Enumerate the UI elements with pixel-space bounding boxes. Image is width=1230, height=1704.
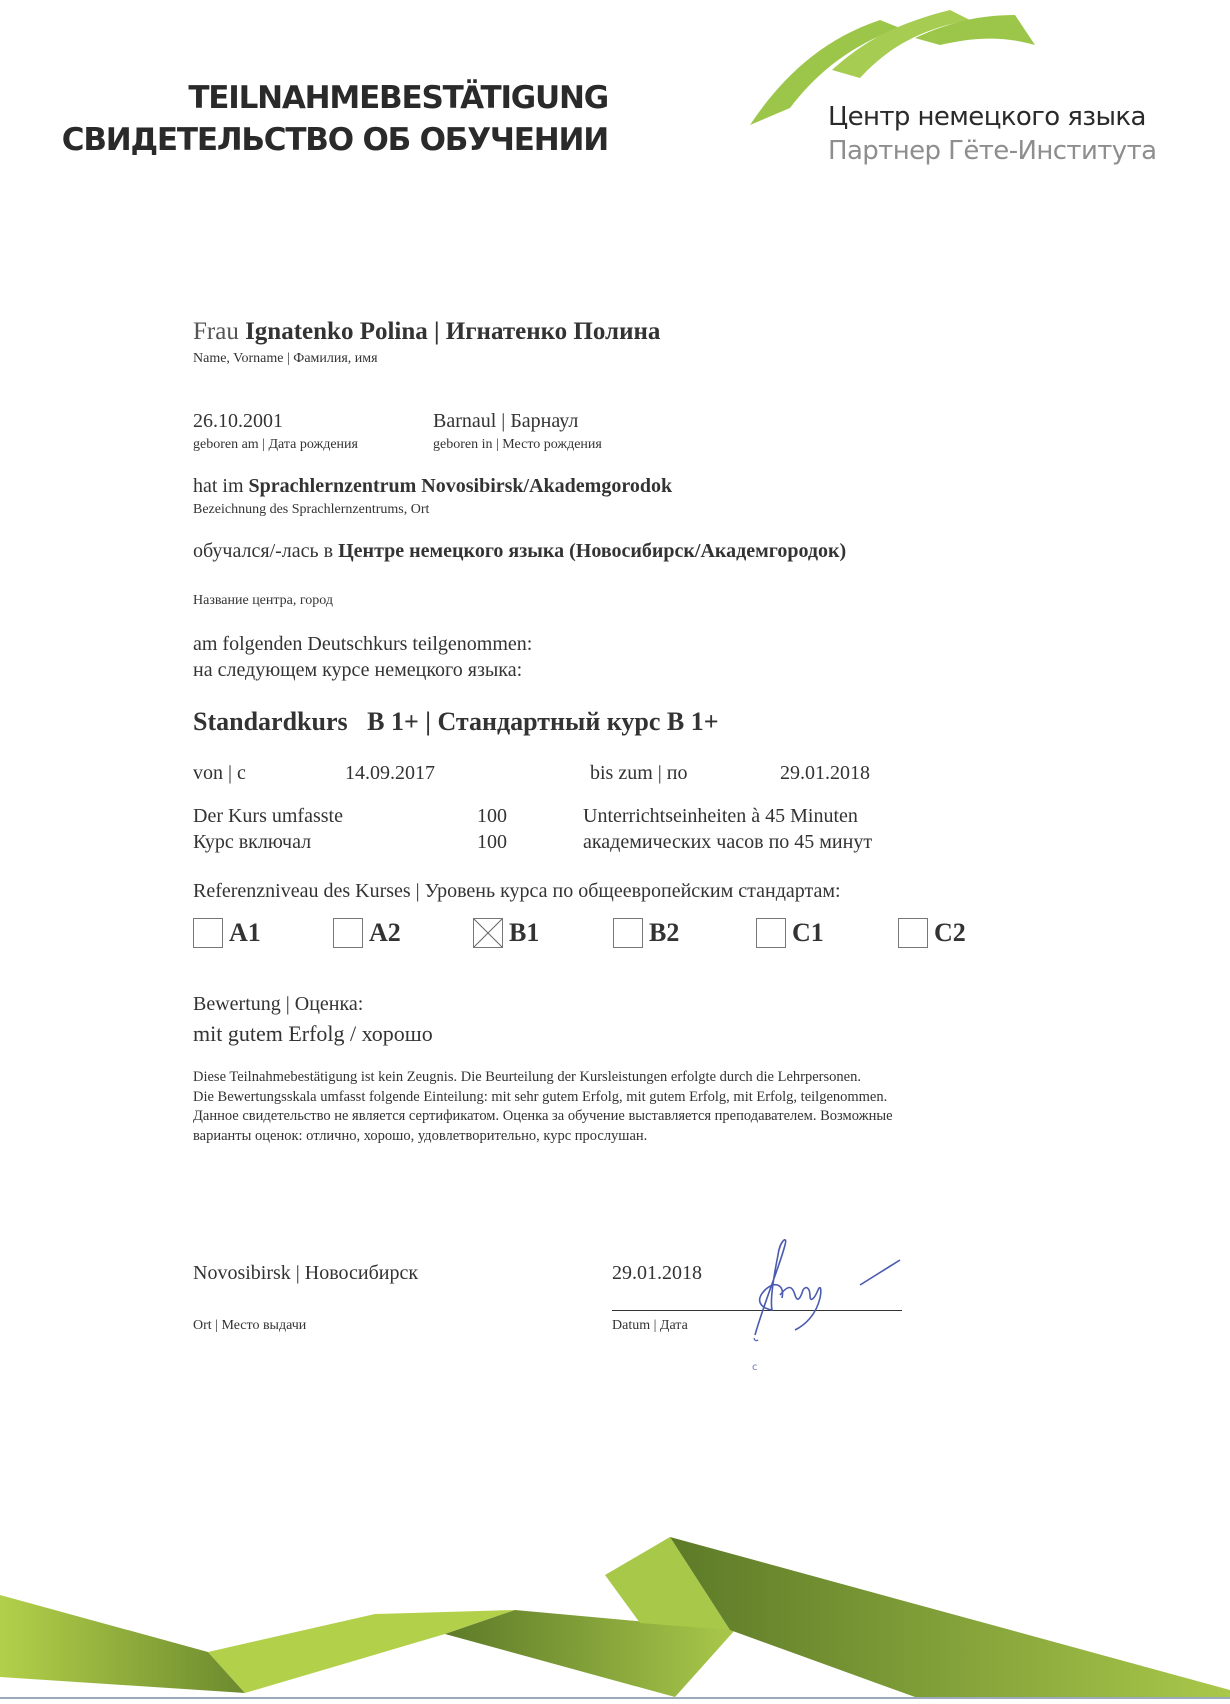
level-option-c2: C2 [898,918,966,948]
level-checkbox-b1[interactable] [473,918,503,948]
handwritten-signature-icon: c [740,1230,910,1370]
level-label-text: B1 [509,918,539,947]
center-de-line: hat im Sprachlernzentrum Novosibirsk/Aka… [193,475,672,498]
level-checkbox-a2[interactable] [333,918,363,948]
notice-line: Die Bewertungsskala umfasst folgende Ein… [193,1088,893,1108]
unit-de: Unterrichtseinheiten à 45 Minuten [583,805,858,828]
from-label: von | с [193,762,246,785]
birth-date-label: geboren am | Дата рождения [193,437,358,453]
from-date: 14.09.2017 [345,762,435,785]
level-label-text: A1 [229,918,261,947]
issue-date: 29.01.2018 [612,1262,702,1285]
salutation: Frau [193,318,239,345]
center-de-label: Bezeichnung des Sprachlernzentrums, Ort [193,502,429,518]
level-label-text: C2 [934,918,966,947]
hours-de: 100 [477,805,507,828]
level-checkbox-a1[interactable] [193,918,223,948]
to-label: bis zum | по [590,762,687,785]
course-intro-de: am folgenden Deutschkurs teilgenommen: [193,633,532,656]
level-label-text: B2 [649,918,679,947]
hours-ru: 100 [477,831,507,854]
level-option-a1: A1 [193,918,261,948]
logo-text-partner: Партнер Гёте-Института [828,136,1156,166]
center-ru-name: Центре немецкого языка (Новосибирск/Акад… [338,540,846,562]
grade-label: Bewertung | Оценка: [193,993,363,1016]
level-label-text: A2 [369,918,401,947]
issue-place-label: Ort | Место выдачи [193,1318,306,1334]
svg-text:c: c [752,1362,758,1370]
notice-line: Данное свидетельство не является сертифи… [193,1107,893,1127]
level-label-text: C1 [792,918,824,947]
title-ru: СВИДЕТЕЛЬСТВО ОБ ОБУЧЕНИИ [62,122,608,158]
center-ru-label: Название центра, город [193,593,333,609]
grade-value: mit gutem Erfolg / хорошо [193,1021,433,1047]
center-de-name: Sprachlernzentrum Novosibirsk/Akademgoro… [249,475,673,497]
title-de: TEILNAHMEBESTÄTIGUNG [188,80,608,116]
notice-line: варианты оценок: отлично, хорошо, удовле… [193,1127,893,1147]
green-ribbon-decoration-icon [0,1490,1230,1704]
issue-date-label: Datum | Дата [612,1318,688,1334]
level-label: Referenzniveau des Kurses | Уровень курс… [193,880,841,903]
course-name: Standardkurs B 1+ | Стандартный курс B 1… [193,707,719,737]
birth-date: 26.10.2001 [193,410,283,433]
course-intro-ru: на следующем курсе немецкого языка: [193,659,522,682]
level-checkbox-c2[interactable] [898,918,928,948]
hours-label-de: Der Kurs umfasste [193,805,343,828]
notice-line: Diese Teilnahmebestätigung ist kein Zeug… [193,1068,893,1088]
logo-text-center: Центр немецкого языка [828,102,1146,132]
birth-place: Barnaul | Барнаул [433,410,578,433]
level-option-b1: B1 [473,918,539,948]
center-ru-line: обучался/-лась в Центре немецкого языка … [193,540,846,563]
level-checkbox-b2[interactable] [613,918,643,948]
person-name: Ignatenko Polina | Игнатенко Полина [245,318,660,345]
level-option-b2: B2 [613,918,679,948]
level-checkbox-c1[interactable] [756,918,786,948]
unit-ru: академических часов по 45 минут [583,831,872,854]
center-ru-prefix: обучался/-лась в [193,540,333,562]
level-option-c1: C1 [756,918,824,948]
to-date: 29.01.2018 [780,762,870,785]
birth-place-label: geboren in | Место рождения [433,437,602,453]
level-option-a2: A2 [333,918,401,948]
issue-place: Novosibirsk | Новосибирск [193,1262,418,1285]
checkmark-x-icon [474,919,502,947]
center-de-prefix: hat im [193,475,244,497]
hours-label-ru: Курс включал [193,831,311,854]
name-label: Name, Vorname | Фамилия, имя [193,351,378,367]
person-name-line: Frau Ignatenko Polina | Игнатенко Полина [193,318,660,346]
notice-text: Diese Teilnahmebestätigung ist kein Zeug… [193,1068,893,1146]
